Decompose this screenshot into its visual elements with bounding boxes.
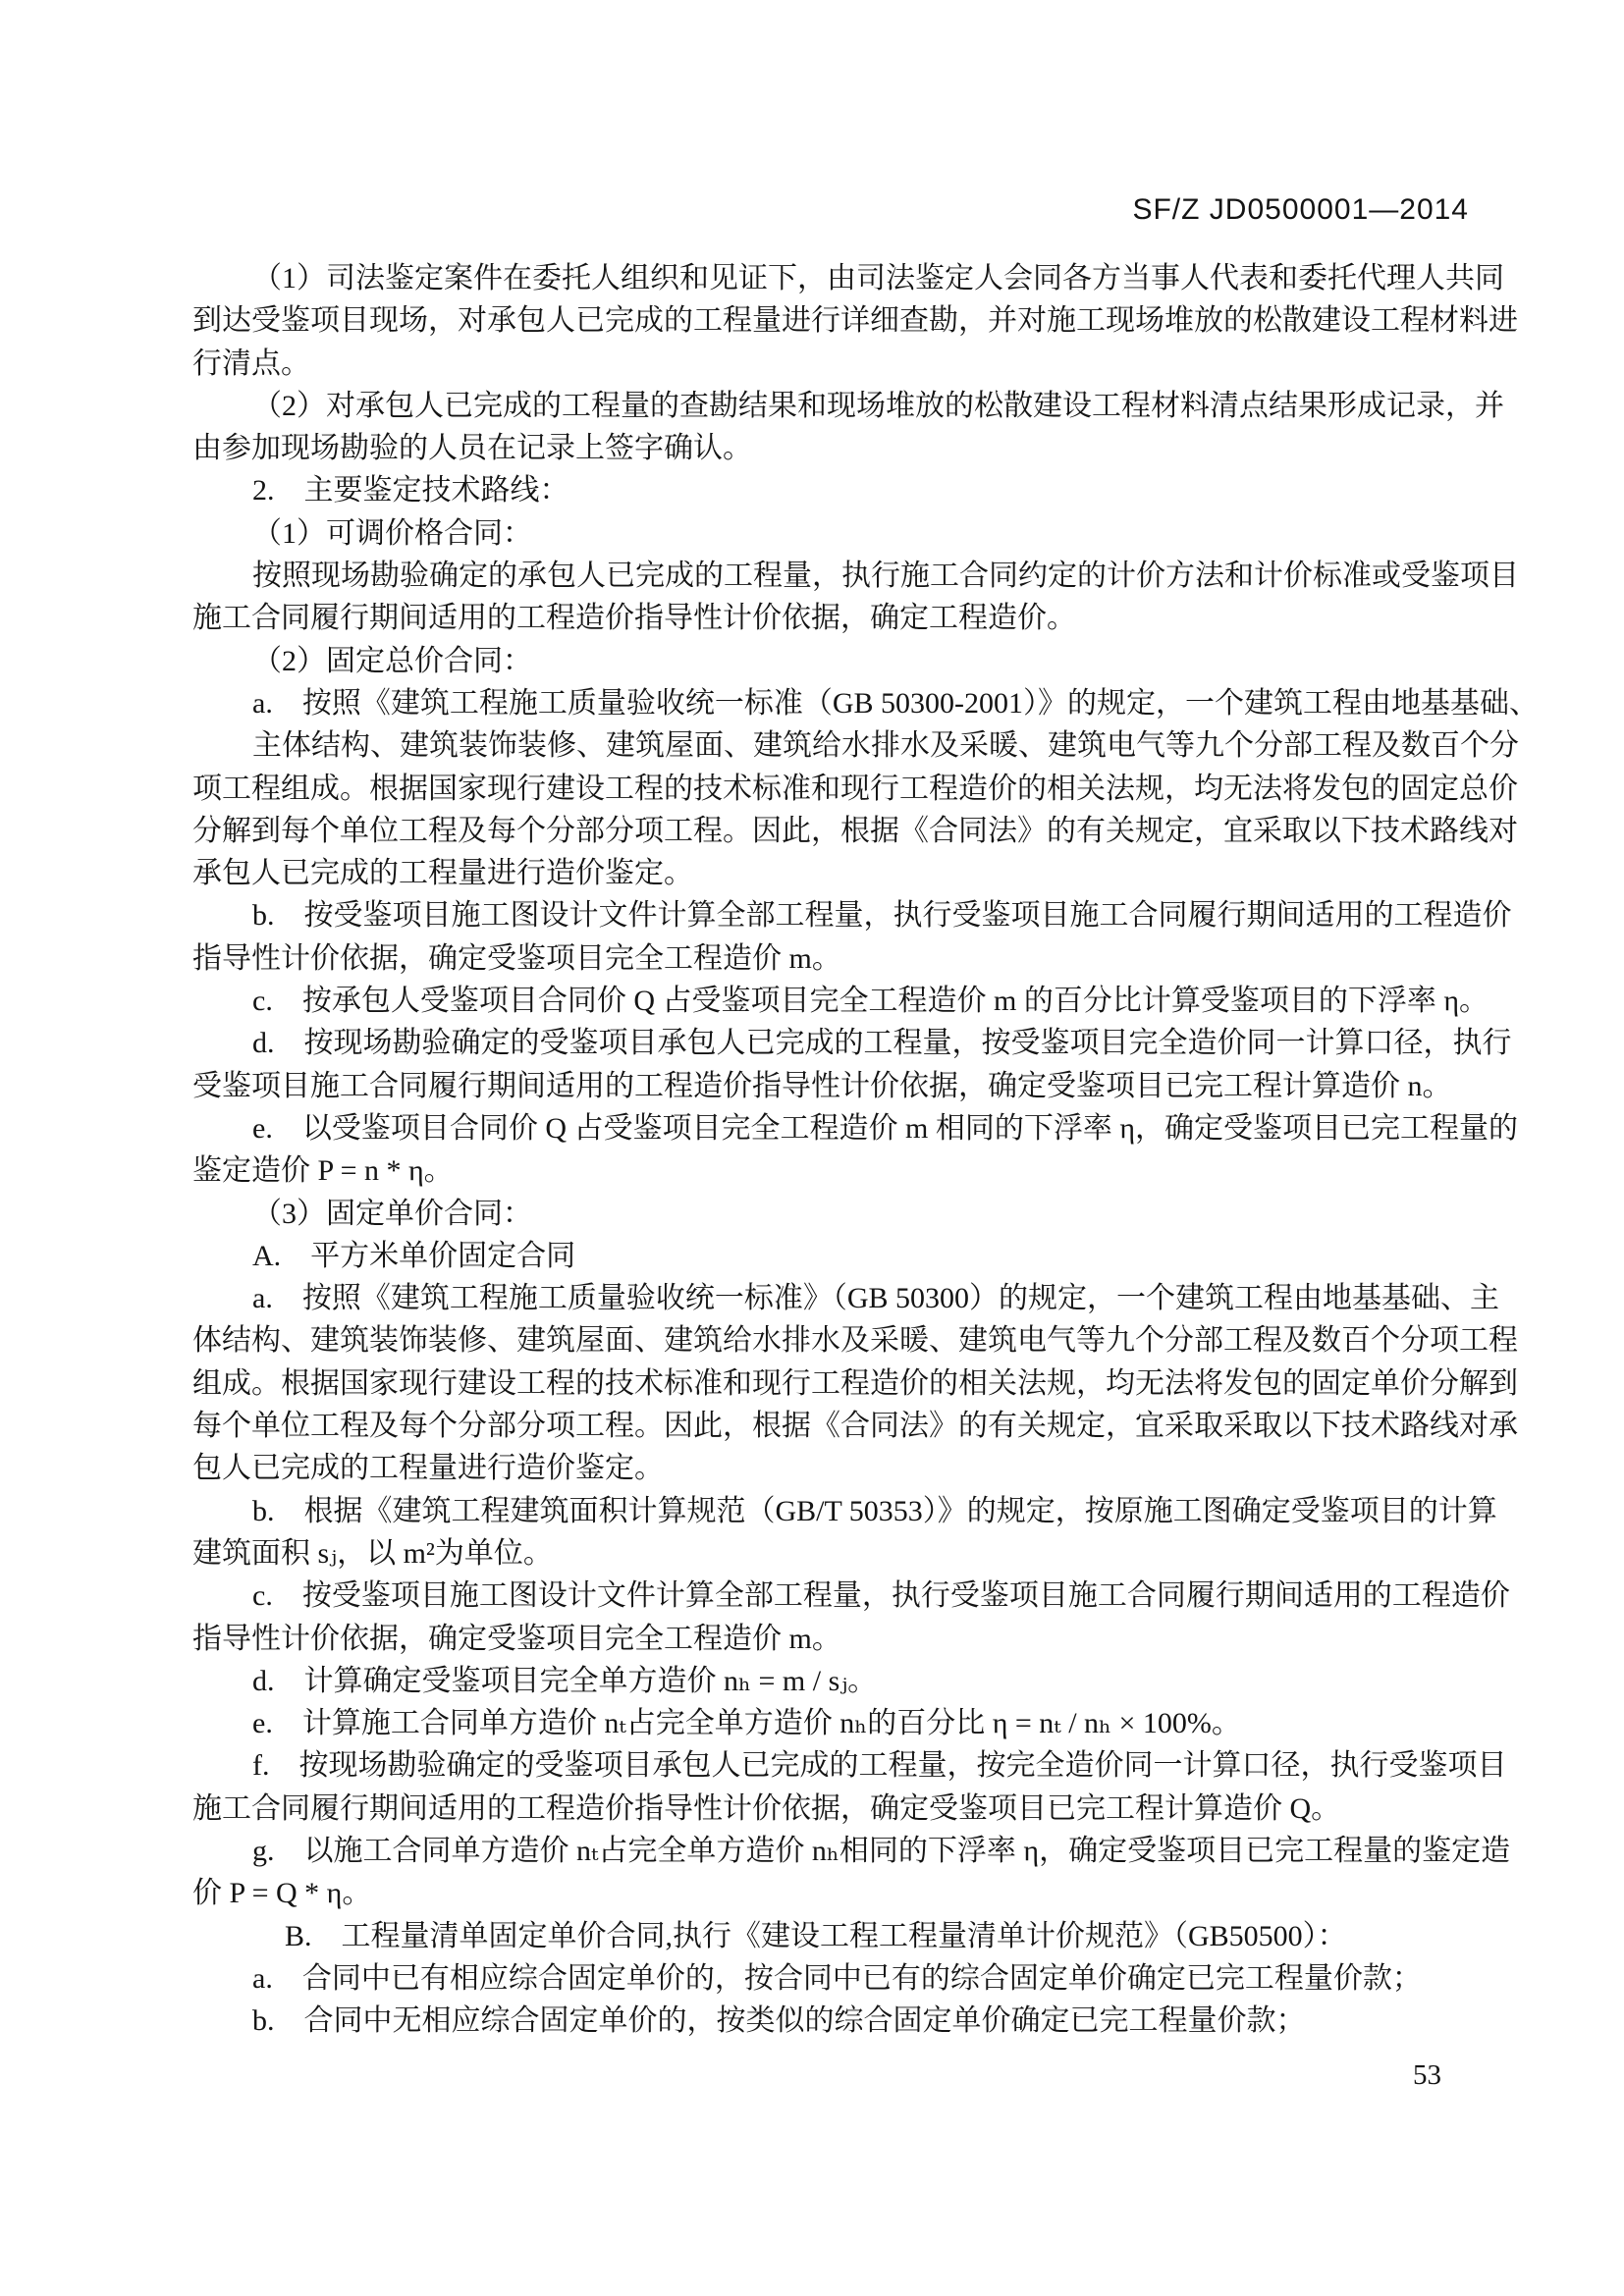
- text-line: 分解到每个单位工程及每个分部分项工程。因此，根据《合同法》的有关规定，宜采取以下…: [192, 810, 1528, 852]
- text-line: 施工合同履行期间适用的工程造价指导性计价依据，确定受鉴项目已完工程计算造价 Q。: [192, 1788, 1528, 1830]
- text-line: 承包人已完成的工程量进行造价鉴定。: [192, 852, 1528, 894]
- text-line: 行清点。: [192, 343, 1528, 385]
- text-line: 价 P = Q * η。: [192, 1872, 1528, 1914]
- text-line: （2）对承包人已完成的工程量的查勘结果和现场堆放的松散建设工程材料清点结果形成记…: [192, 385, 1528, 427]
- text-line: 体结构、建筑装饰装修、建筑屋面、建筑给水排水及采暖、建筑电气等九个分部工程及数百…: [192, 1319, 1528, 1362]
- text-line: （1）司法鉴定案件在委托人组织和见证下，由司法鉴定人会同各方当事人代表和委托代理…: [192, 257, 1528, 299]
- text-line: a. 合同中已有相应综合固定单价的，按合同中已有的综合固定单价确定已完工程量价款…: [192, 1957, 1528, 2000]
- text-line: 项工程组成。根据国家现行建设工程的技术标准和现行工程造价的相关法规，均无法将发包…: [192, 768, 1528, 810]
- text-line: e. 计算施工合同单方造价 nₜ占完全单方造价 nₕ的百分比 η = nₜ / …: [192, 1702, 1528, 1744]
- text-line: b. 按受鉴项目施工图设计文件计算全部工程量，执行受鉴项目施工合同履行期间适用的…: [192, 894, 1528, 936]
- text-line: 每个单位工程及每个分部分项工程。因此，根据《合同法》的有关规定，宜采取采取以下技…: [192, 1405, 1528, 1447]
- text-line: 组成。根据国家现行建设工程的技术标准和现行工程造价的相关法规，均无法将发包的固定…: [192, 1362, 1528, 1405]
- text-line: 2. 主要鉴定技术路线：: [192, 469, 1528, 511]
- text-line: d. 按现场勘验确定的受鉴项目承包人已完成的工程量，按受鉴项目完全造价同一计算口…: [192, 1022, 1528, 1064]
- text-line: a. 按照《建筑工程施工质量验收统一标准（GB 50300-2001）》的规定，…: [192, 682, 1528, 724]
- text-line: 由参加现场勘验的人员在记录上签字确认。: [192, 427, 1528, 469]
- text-line: 鉴定造价 P = n * η。: [192, 1149, 1528, 1192]
- document-body: （1）司法鉴定案件在委托人组织和见证下，由司法鉴定人会同各方当事人代表和委托代理…: [192, 257, 1528, 2042]
- standard-number: SF/Z JD0500001—2014: [192, 193, 1492, 227]
- text-line: （1）可调价格合同：: [192, 512, 1528, 555]
- text-line: A. 平方米单价固定合同: [192, 1235, 1528, 1277]
- text-line: b. 根据《建筑工程建筑面积计算规范（GB/T 50353）》的规定，按原施工图…: [192, 1490, 1528, 1532]
- text-line: （2）固定总价合同：: [192, 640, 1528, 682]
- text-line: f. 按现场勘验确定的受鉴项目承包人已完成的工程量，按完全造价同一计算口径，执行…: [192, 1744, 1528, 1787]
- text-line: c. 按受鉴项目施工图设计文件计算全部工程量，执行受鉴项目施工合同履行期间适用的…: [192, 1575, 1528, 1617]
- text-line: b. 合同中无相应综合固定单价的，按类似的综合固定单价确定已完工程量价款；: [192, 2000, 1528, 2042]
- text-line: d. 计算确定受鉴项目完全单方造价 nₕ = m / sⱼ。: [192, 1660, 1528, 1702]
- text-line: 受鉴项目施工合同履行期间适用的工程造价指导性计价依据，确定受鉴项目已完工程计算造…: [192, 1065, 1528, 1107]
- text-line: B. 工程量清单固定单价合同,执行《建设工程工程量清单计价规范》（GB50500…: [192, 1915, 1528, 1957]
- page-number: 53: [192, 2057, 1492, 2093]
- text-line: 建筑面积 sⱼ，以 m²为单位。: [192, 1532, 1528, 1575]
- text-line: 指导性计价依据，确定受鉴项目完全工程造价 m。: [192, 1618, 1528, 1660]
- text-line: 主体结构、建筑装饰装修、建筑屋面、建筑给水排水及采暖、建筑电气等九个分部工程及数…: [192, 724, 1528, 767]
- text-line: 指导性计价依据，确定受鉴项目完全工程造价 m。: [192, 937, 1528, 980]
- text-line: 按照现场勘验确定的承包人已完成的工程量，执行施工合同约定的计价方法和计价标准或受…: [192, 555, 1528, 597]
- text-line: 施工合同履行期间适用的工程造价指导性计价依据，确定工程造价。: [192, 597, 1528, 639]
- text-line: （3）固定单价合同：: [192, 1193, 1528, 1235]
- text-line: c. 按承包人受鉴项目合同价 Q 占受鉴项目完全工程造价 m 的百分比计算受鉴项…: [192, 980, 1528, 1022]
- text-line: 到达受鉴项目现场，对承包人已完成的工程量进行详细查勘，并对施工现场堆放的松散建设…: [192, 299, 1528, 342]
- text-line: 包人已完成的工程量进行造价鉴定。: [192, 1447, 1528, 1489]
- text-line: e. 以受鉴项目合同价 Q 占受鉴项目完全工程造价 m 相同的下浮率 η，确定受…: [192, 1107, 1528, 1149]
- text-line: g. 以施工合同单方造价 nₜ占完全单方造价 nₕ相同的下浮率 η，确定受鉴项目…: [192, 1830, 1528, 1872]
- text-line: a. 按照《建筑工程施工质量验收统一标准》（GB 50300）的规定，一个建筑工…: [192, 1277, 1528, 1319]
- document-page: SF/Z JD0500001—2014 （1）司法鉴定案件在委托人组织和见证下，…: [0, 0, 1624, 2296]
